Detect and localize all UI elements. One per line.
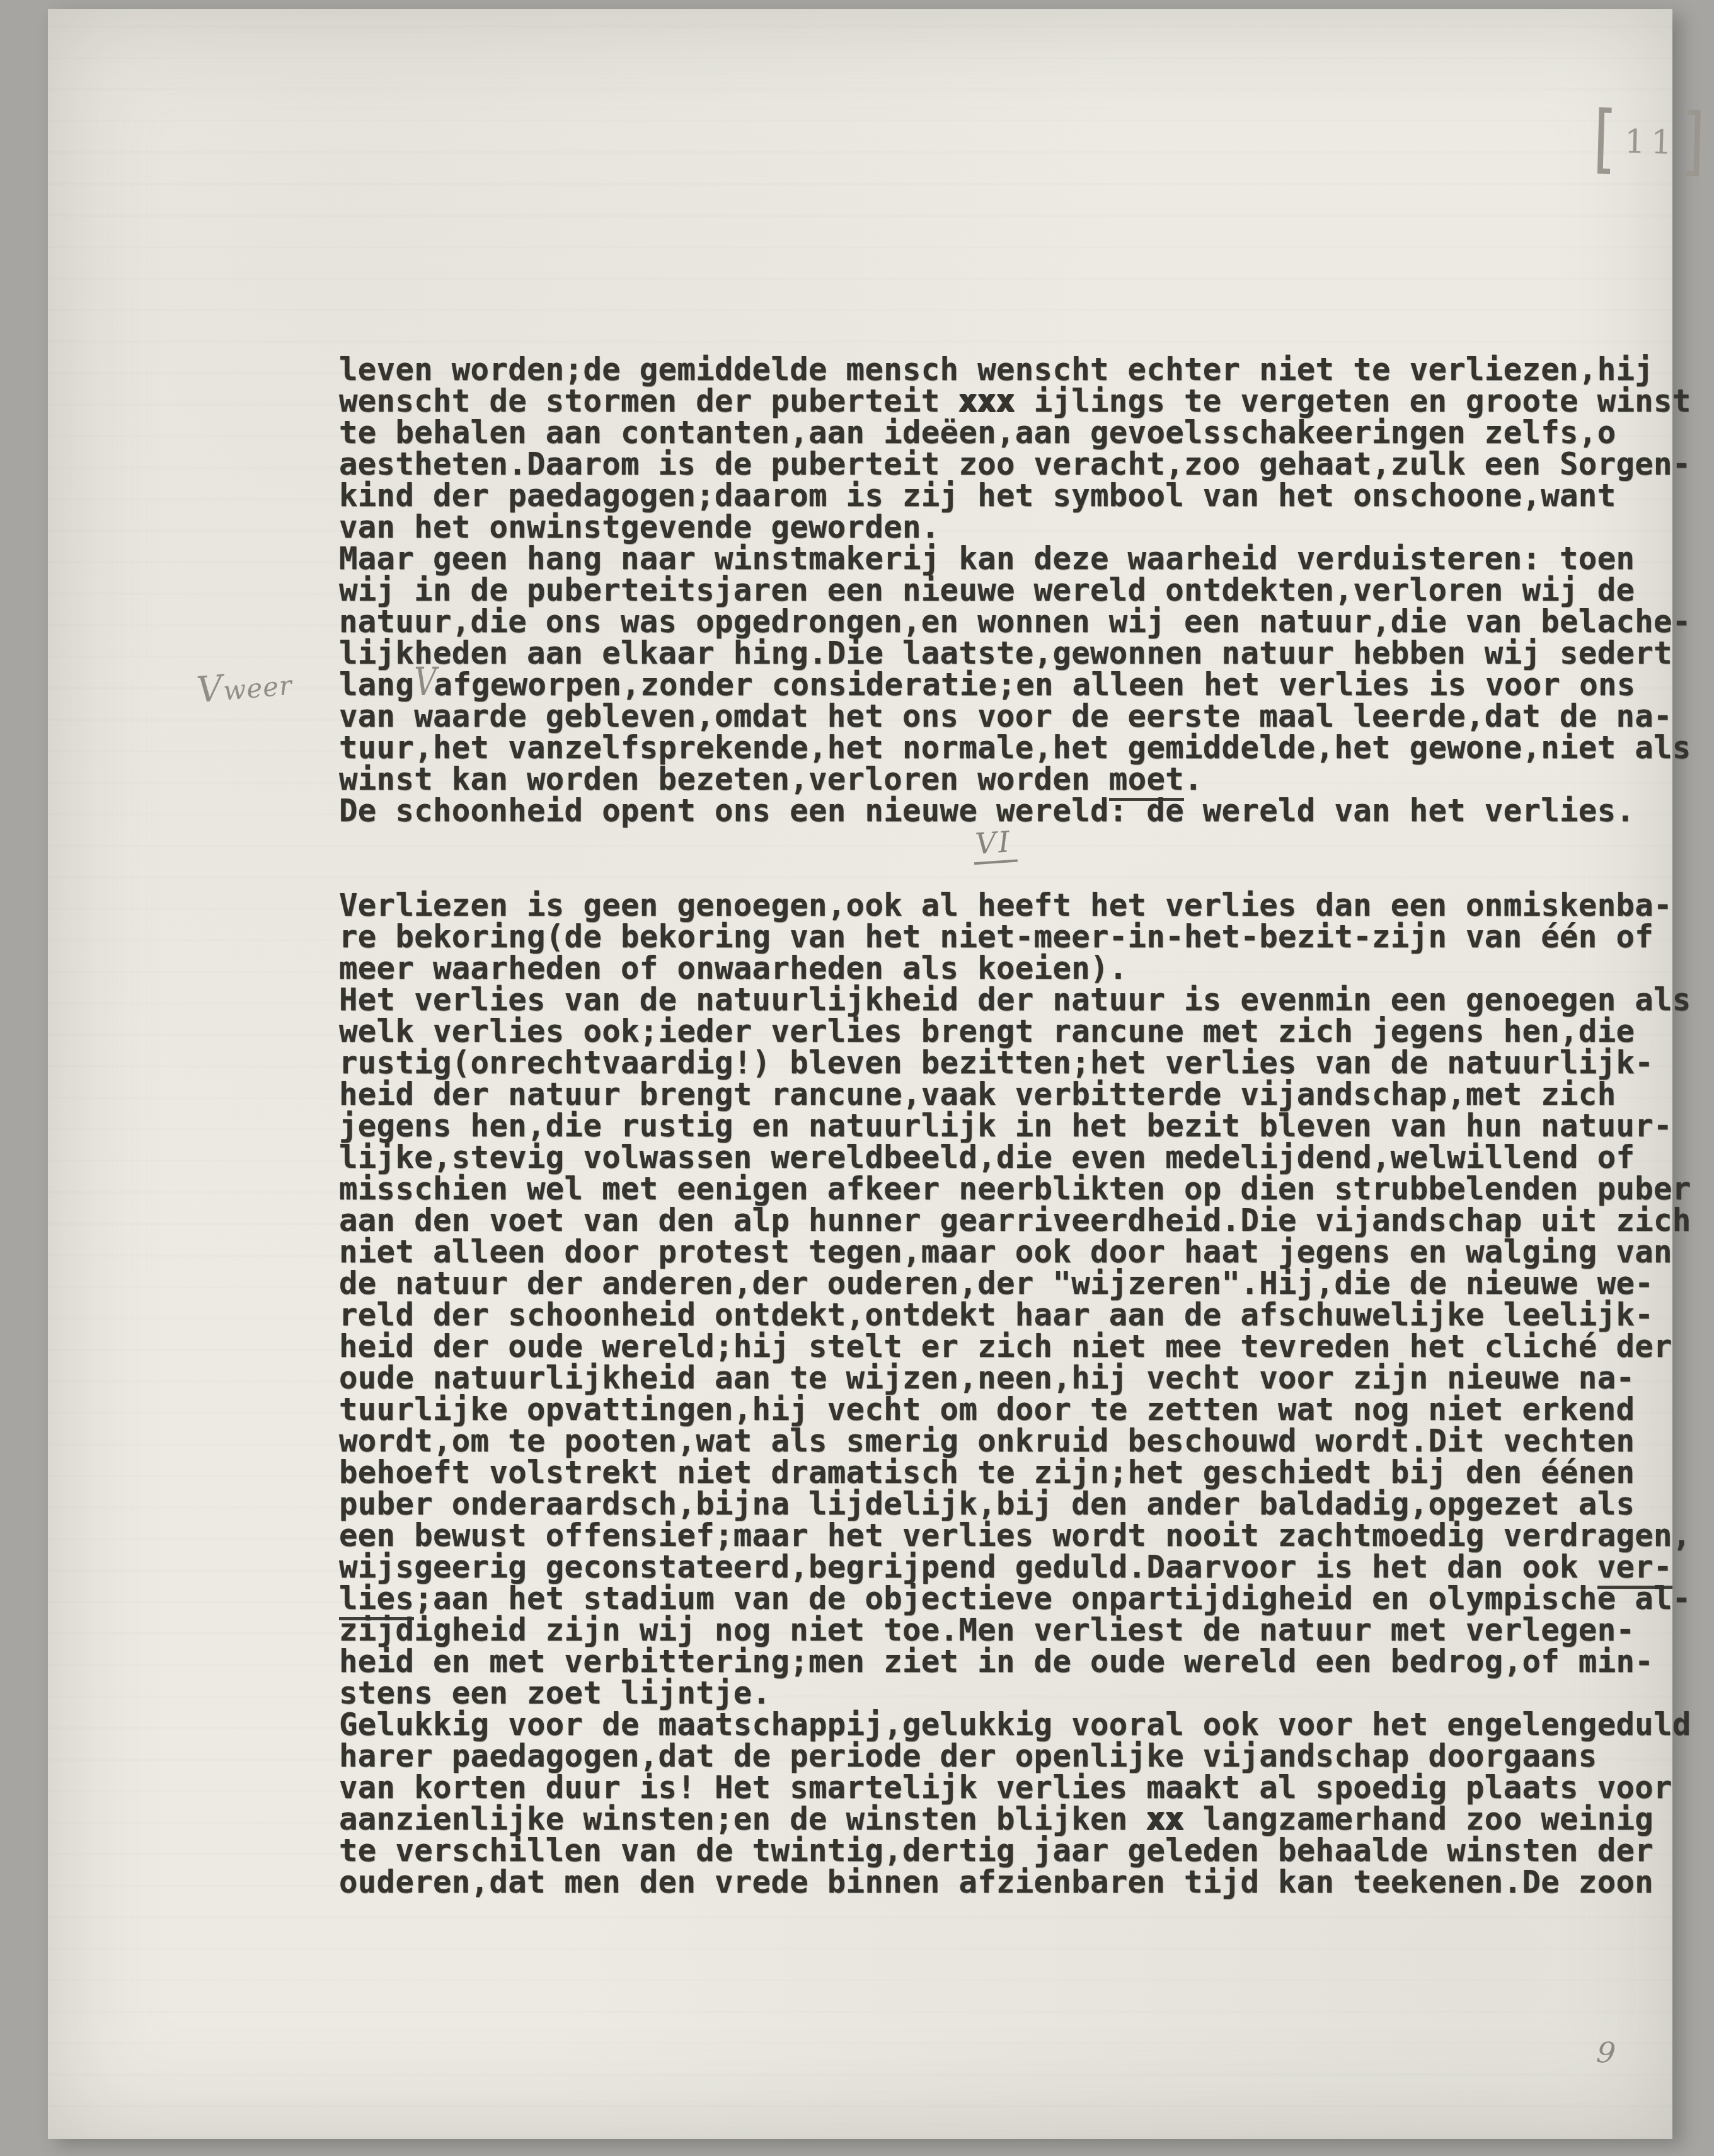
pencil-bottom-mark: 9 xyxy=(1595,2034,1618,2070)
typescript-line: natuur,die ons was opgedrongen,en wonnen… xyxy=(339,606,1691,638)
typescript-line: wordt,om te pooten,wat als smerig onkrui… xyxy=(339,1426,1691,1457)
typescript-line: van het onwinstgevende geworden. xyxy=(339,512,1691,543)
typescript-line: Maar geen hang naar winstmakerij kan dez… xyxy=(339,543,1691,575)
typescript-line xyxy=(339,858,1691,890)
page-number-left-bracket: [ xyxy=(1592,101,1618,176)
overstruck-text: xx xyxy=(1146,1801,1184,1837)
typescript-line: langVafgeworpen,zonder consideratie;en a… xyxy=(339,669,1691,701)
pencil-margin-note: Vweer xyxy=(195,662,294,712)
typescript-line: lijke,stevig volwassen wereldbeeld,die e… xyxy=(339,1142,1691,1173)
typescript-line: behoeft volstrekt niet dramatisch te zij… xyxy=(339,1457,1691,1489)
typescript-line: reld der schoonheid ontdekt,ontdekt haar… xyxy=(339,1300,1691,1331)
page-number-digits: 11 xyxy=(1619,123,1679,162)
typescript-line: aanzienlijke winsten;en de winsten blijk… xyxy=(339,1804,1691,1835)
typescript-line: tuur,het vanzelfsprekende,het normale,he… xyxy=(339,732,1691,764)
typescript-line: puber onderaardsch,bijna lijdelijk,bij d… xyxy=(339,1489,1691,1520)
typescript-line: van waarde gebleven,omdat het ons voor d… xyxy=(339,701,1691,732)
typescript-line: te behalen aan contanten,aan ideëen,aan … xyxy=(339,417,1691,449)
typescript-line: De schoonheid opent ons een nieuwe werel… xyxy=(339,795,1691,827)
typescript-line: niet alleen door protest tegen,maar ook … xyxy=(339,1237,1691,1268)
typescript-line: Verliezen is geen genoegen,ook al heeft … xyxy=(339,890,1691,921)
typescript-text: leven worden;de gemiddelde mensch wensch… xyxy=(339,354,1691,1898)
typescript-line: leven worden;de gemiddelde mensch wensch… xyxy=(339,354,1691,386)
typescript-line: wenscht de stormen der puberteit xxx ijl… xyxy=(339,386,1691,417)
typescript-line: winst kan worden bezeten,verloren worden… xyxy=(339,764,1691,795)
typescript-line: een bewust offensief;maar het verlies wo… xyxy=(339,1520,1691,1552)
typescript-line: lies;aan het stadium van de objectieve o… xyxy=(339,1583,1691,1615)
typescript-line: heid der natuur brengt rancune,vaak verb… xyxy=(339,1079,1691,1110)
typescript-line: zijdigheid zijn wij nog niet toe.Men ver… xyxy=(339,1615,1691,1646)
typescript-line: oude natuurlijkheid aan te wijzen,neen,h… xyxy=(339,1363,1691,1394)
typescript-line: lijkheden aan elkaar hing.Die laatste,ge… xyxy=(339,638,1691,669)
scanned-document: { "colors": { "background": "#a6a5a2", "… xyxy=(0,0,1714,2156)
typescript-line: misschien wel met eenigen afkeer neerbli… xyxy=(339,1173,1691,1205)
typescript-line: heid der oude wereld;hij stelt er zich n… xyxy=(339,1331,1691,1363)
pencil-page-number: [ 11 ] xyxy=(1589,101,1708,178)
typescript-line: Het verlies van de natuurlijkheid der na… xyxy=(339,984,1691,1016)
typescript-line: stens een zoet lijntje. xyxy=(339,1678,1691,1709)
typescript-line: jegens hen,die rustig en natuurlijk in h… xyxy=(339,1110,1691,1142)
typescript-line: de natuur der anderen,der ouderen,der "w… xyxy=(339,1268,1691,1300)
typescript-line: re bekoring(de bekoring van het niet-mee… xyxy=(339,921,1691,953)
typescript-line: Gelukkig voor de maatschappij,gelukkig v… xyxy=(339,1709,1691,1741)
paper-page: [ 11 ] Vweer VI leven worden;de gemiddel… xyxy=(48,9,1672,2139)
overstruck-text: xxx xyxy=(958,383,1015,419)
typescript-line: tuurlijke opvattingen,hij vecht om door … xyxy=(339,1394,1691,1426)
typescript-line xyxy=(339,827,1691,858)
typescript-line: rustig(onrechtvaardig!) bleven bezitten;… xyxy=(339,1047,1691,1079)
typescript-line: welk verlies ook;ieder verlies brengt ra… xyxy=(339,1016,1691,1047)
typescript-line: van korten duur is! Het smartelijk verli… xyxy=(339,1772,1691,1804)
typescript-line: wijsgeerig geconstateerd,begrijpend gedu… xyxy=(339,1552,1691,1583)
typescript-line: kind der paedagogen;daarom is zij het sy… xyxy=(339,480,1691,512)
typescript-line: aan den voet van den alp hunner gearrive… xyxy=(339,1205,1691,1237)
typescript-line: te verschillen van de twintig,dertig jaa… xyxy=(339,1835,1691,1867)
typescript-line: heid en met verbittering;men ziet in de … xyxy=(339,1646,1691,1678)
typescript-line: meer waarheden of onwaarheden als koeien… xyxy=(339,953,1691,984)
typescript-line: aestheten.Daarom is de puberteit zoo ver… xyxy=(339,449,1691,480)
typescript-line: wij in de puberteitsjaren een nieuwe wer… xyxy=(339,575,1691,606)
pencil-caret-mark: V xyxy=(414,663,434,703)
typescript-line: harer paedagogen,dat de periode der open… xyxy=(339,1741,1691,1772)
page-number-right-bracket: ] xyxy=(1681,103,1706,178)
typescript-line: ouderen,dat men den vrede binnen afzienb… xyxy=(339,1867,1691,1898)
